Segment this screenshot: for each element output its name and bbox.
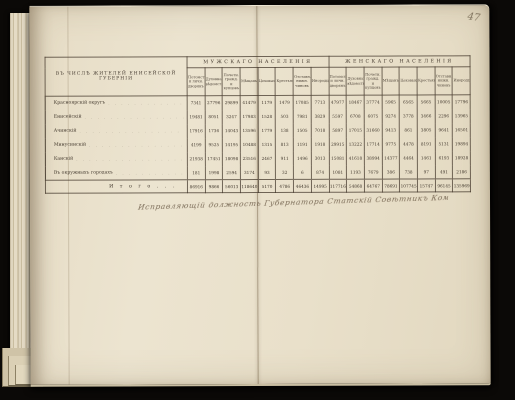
district-name: Ачинскій bbox=[54, 129, 77, 134]
value-cell: 7713 bbox=[311, 95, 329, 109]
value-cell: 5597 bbox=[329, 109, 347, 123]
column-header: Потомств. и личн. дворянъ bbox=[329, 67, 347, 95]
value-cell: 19481 bbox=[187, 110, 205, 124]
value-cell: 27796 bbox=[205, 96, 223, 110]
value-cell: 13965 bbox=[453, 109, 471, 123]
value-cell: 386 bbox=[382, 165, 400, 179]
table-row: Канскій. . . . . . . . . . . . . . . . .… bbox=[45, 151, 470, 166]
value-cell: 1081 bbox=[329, 165, 347, 179]
value-cell: 2296 bbox=[435, 109, 453, 123]
value-cell: 10488 bbox=[240, 138, 258, 152]
value-cell: 10005 bbox=[435, 95, 453, 109]
value-cell: 5965 bbox=[382, 95, 400, 109]
value-cell: 19894 bbox=[453, 137, 471, 151]
value-cell: 813 bbox=[276, 137, 294, 151]
value-cell: 1479 bbox=[276, 95, 294, 109]
column-header: Инородцевъ bbox=[311, 67, 329, 95]
value-cell: 1918 bbox=[311, 137, 329, 151]
value-cell: 9274 bbox=[382, 109, 400, 123]
dot-leader: . . . . . . . . . . . . . . . . . . . . … bbox=[85, 114, 184, 119]
value-cell: 17983 bbox=[240, 110, 258, 124]
dot-leader: . . . . . . . . . . . . . . . . . . . . … bbox=[108, 101, 183, 106]
value-cell: 3174 bbox=[240, 166, 258, 180]
table-row: Ачинскій. . . . . . . . . . . . . . . . … bbox=[45, 123, 470, 138]
dot-leader: . . . . . . . . . . . . . . . . . . . . … bbox=[79, 128, 183, 133]
total-cell: 96145 bbox=[435, 179, 453, 192]
value-cell: 3805 bbox=[417, 123, 435, 137]
value-cell: 37774 bbox=[364, 95, 382, 109]
value-cell: 138 bbox=[276, 123, 294, 137]
district-name: Канскій bbox=[54, 157, 73, 162]
table-row: Въ окружныхъ городахъ. . . . . . . . . .… bbox=[45, 165, 470, 180]
value-cell: 2186 bbox=[453, 165, 471, 179]
dot-leader: . . . . . . . . . . . . . . . . . . . . … bbox=[116, 170, 184, 175]
total-cell: 14995 bbox=[311, 179, 329, 192]
value-cell: 14195 bbox=[223, 138, 241, 152]
value-cell: 4199 bbox=[187, 138, 205, 152]
column-header: Почетн. гражд. и купцовъ bbox=[222, 68, 240, 96]
value-cell: 2467 bbox=[258, 151, 276, 165]
handwritten-signature: Исправляющій должность Губернатора Статс… bbox=[137, 193, 448, 212]
total-cell: 64767 bbox=[364, 179, 382, 192]
total-cell: 4786 bbox=[276, 179, 294, 192]
column-header: Духовнаго вѣдомства bbox=[346, 67, 364, 95]
value-cell: 17916 bbox=[187, 124, 205, 138]
value-cell: 5897 bbox=[329, 123, 347, 137]
value-cell: 93 bbox=[258, 165, 276, 179]
value-cell: 1505 bbox=[293, 123, 311, 137]
value-cell: 17451 bbox=[205, 152, 223, 166]
value-cell: 6708 bbox=[346, 109, 364, 123]
value-cell: 1496 bbox=[293, 151, 311, 165]
district-name: Въ окружныхъ городахъ bbox=[54, 170, 113, 175]
district-name: Красноярскій округъ bbox=[54, 101, 106, 106]
column-header: Инородцевъ bbox=[452, 67, 470, 95]
total-cell: 135969 bbox=[453, 179, 471, 192]
value-cell: 7341 bbox=[187, 96, 205, 110]
value-cell: 17085 bbox=[293, 95, 311, 109]
column-header: Отставн. нижн. чиновъ bbox=[435, 67, 453, 95]
value-cell: 1179 bbox=[258, 95, 276, 109]
total-cell: 118640 bbox=[241, 180, 259, 193]
row-label: Въ окружныхъ городахъ. . . . . . . . . .… bbox=[45, 166, 187, 180]
value-cell: 7981 bbox=[293, 109, 311, 123]
value-cell: 1998 bbox=[205, 166, 223, 180]
value-cell: 9641 bbox=[435, 123, 453, 137]
value-cell: 491 bbox=[435, 165, 453, 179]
value-cell: 29899 bbox=[223, 96, 241, 110]
value-cell: 13222 bbox=[347, 137, 365, 151]
value-cell: 3829 bbox=[311, 109, 329, 123]
value-cell: 13596 bbox=[240, 124, 258, 138]
value-cell: 18098 bbox=[223, 152, 241, 166]
column-header: Мѣщанъ bbox=[240, 68, 258, 96]
row-label-line: Красноярскій округъ. . . . . . . . . . .… bbox=[54, 101, 184, 106]
row-label: Канскій. . . . . . . . . . . . . . . . .… bbox=[45, 152, 187, 166]
value-cell: 31660 bbox=[364, 123, 382, 137]
column-header: Крестьянъ bbox=[417, 67, 435, 95]
value-cell: 1315 bbox=[258, 137, 276, 151]
value-cell: 15081 bbox=[329, 151, 347, 165]
row-label-line: Въ окружныхъ городахъ. . . . . . . . . .… bbox=[54, 170, 184, 175]
total-cell: 56013 bbox=[223, 180, 241, 193]
value-cell: 1779 bbox=[258, 123, 276, 137]
district-name: Енисейскій bbox=[54, 115, 82, 120]
value-cell: 1191 bbox=[293, 137, 311, 151]
value-cell: 14377 bbox=[382, 151, 400, 165]
total-cell: 15747 bbox=[417, 179, 435, 192]
table-row: Минусинскій. . . . . . . . . . . . . . .… bbox=[45, 137, 470, 152]
row-label: Минусинскій. . . . . . . . . . . . . . .… bbox=[45, 138, 187, 152]
total-cell: 54868 bbox=[347, 179, 365, 192]
value-cell: 3247 bbox=[223, 110, 241, 124]
total-cell: 5170 bbox=[258, 179, 276, 192]
handwritten-page-number: 47 bbox=[467, 11, 481, 24]
total-cell: 9866 bbox=[205, 180, 223, 193]
value-cell: 18467 bbox=[346, 95, 364, 109]
row-label: Красноярскій округъ. . . . . . . . . . .… bbox=[45, 96, 187, 110]
value-cell: 911 bbox=[276, 151, 294, 165]
value-cell: 503 bbox=[276, 109, 294, 123]
census-table: Въ числѣ жителей Енисейской губерніи Муж… bbox=[45, 55, 472, 193]
value-cell: 17796 bbox=[453, 95, 471, 109]
total-cell: 78691 bbox=[382, 179, 400, 192]
column-header: Почетн. гражд. и купцовъ bbox=[364, 67, 382, 95]
value-cell: 4464 bbox=[400, 151, 418, 165]
column-header: Цеховыхъ bbox=[258, 67, 276, 95]
value-cell: 181 bbox=[187, 166, 205, 180]
group-header-male: Мужскаго населенія bbox=[187, 56, 329, 67]
totals-row: И т о г о . . . 869169866560131186405170… bbox=[45, 179, 470, 193]
total-cell: 117716 bbox=[329, 179, 347, 192]
value-cell: 41618 bbox=[347, 151, 365, 165]
value-cell: 6193 bbox=[435, 151, 453, 165]
total-cell: 86916 bbox=[187, 180, 205, 193]
value-cell: 9413 bbox=[382, 123, 400, 137]
table-row: Красноярскій округъ. . . . . . . . . . .… bbox=[45, 95, 470, 110]
row-label: Енисейскій. . . . . . . . . . . . . . . … bbox=[45, 110, 187, 124]
value-cell: 41479 bbox=[240, 96, 258, 110]
value-cell: 1461 bbox=[417, 151, 435, 165]
total-cell: 107745 bbox=[400, 179, 418, 192]
value-cell: 32 bbox=[276, 165, 294, 179]
value-cell: 7018 bbox=[311, 123, 329, 137]
table-row: Енисейскій. . . . . . . . . . . . . . . … bbox=[45, 109, 470, 124]
value-cell: 5665 bbox=[417, 95, 435, 109]
row-label-line: Минусинскій. . . . . . . . . . . . . . .… bbox=[54, 142, 184, 147]
value-cell: 47977 bbox=[329, 95, 347, 109]
value-cell: 8191 bbox=[417, 137, 435, 151]
total-cell: 46436 bbox=[294, 179, 312, 192]
row-label-line: Енисейскій. . . . . . . . . . . . . . . … bbox=[54, 114, 184, 119]
value-cell: 1528 bbox=[258, 109, 276, 123]
value-cell: 5131 bbox=[435, 137, 453, 151]
value-cell: 6565 bbox=[399, 95, 417, 109]
value-cell: 3466 bbox=[417, 109, 435, 123]
dot-leader: . . . . . . . . . . . . . . . . . . . . … bbox=[89, 142, 184, 147]
value-cell: 17015 bbox=[347, 123, 365, 137]
row-label: Ачинскій. . . . . . . . . . . . . . . . … bbox=[45, 124, 187, 138]
value-cell: 1736 bbox=[205, 124, 223, 138]
dot-leader: . . . . . . . . . . . . . . . . . . . . … bbox=[76, 156, 184, 161]
photo-backdrop: 47 Въ числѣ жителей Енисейской губерніи … bbox=[0, 0, 515, 400]
column-header: Духовнаго вѣдомства bbox=[205, 68, 223, 96]
stub-header: Въ числѣ жителей Енисейской губерніи bbox=[45, 57, 187, 96]
row-label-line: Ачинскій. . . . . . . . . . . . . . . . … bbox=[54, 128, 184, 133]
value-cell: 2594 bbox=[223, 166, 241, 180]
value-cell: 16501 bbox=[453, 123, 471, 137]
column-header: Крестьянъ bbox=[275, 67, 293, 95]
value-cell: 3778 bbox=[400, 109, 418, 123]
value-cell: 4478 bbox=[400, 137, 418, 151]
value-cell: 874 bbox=[311, 165, 329, 179]
value-cell: 97 bbox=[417, 165, 435, 179]
value-cell: 14043 bbox=[223, 124, 241, 138]
value-cell: 861 bbox=[400, 123, 418, 137]
value-cell: 738 bbox=[400, 165, 418, 179]
value-cell: 6 bbox=[294, 165, 312, 179]
row-label-line: Канскій. . . . . . . . . . . . . . . . .… bbox=[54, 156, 184, 161]
totals-label: И т о г о . . . bbox=[45, 180, 187, 193]
value-cell: 38994 bbox=[364, 151, 382, 165]
district-name: Минусинскій bbox=[54, 143, 86, 148]
value-cell: 7679 bbox=[364, 165, 382, 179]
value-cell: 21938 bbox=[187, 152, 205, 166]
value-cell: 6075 bbox=[364, 109, 382, 123]
column-header: Цеховыхъ bbox=[399, 67, 417, 95]
value-cell: 29915 bbox=[329, 137, 347, 151]
value-cell: 9525 bbox=[205, 138, 223, 152]
value-cell: 3013 bbox=[311, 151, 329, 165]
value-cell: 17714 bbox=[364, 137, 382, 151]
value-cell: 9775 bbox=[382, 137, 400, 151]
column-header: Потомств. и личн. дворянъ bbox=[187, 68, 205, 96]
column-header: Мѣщанъ bbox=[382, 67, 400, 95]
group-header-female: Женскаго населенія bbox=[329, 56, 471, 67]
value-cell: 1193 bbox=[347, 165, 365, 179]
value-cell: 8051 bbox=[205, 110, 223, 124]
value-cell: 23516 bbox=[240, 152, 258, 166]
column-header: Отставн. нижн. чиновъ bbox=[293, 67, 311, 95]
value-cell: 18928 bbox=[453, 151, 471, 165]
book-page: 47 Въ числѣ жителей Енисейской губерніи … bbox=[29, 4, 490, 385]
